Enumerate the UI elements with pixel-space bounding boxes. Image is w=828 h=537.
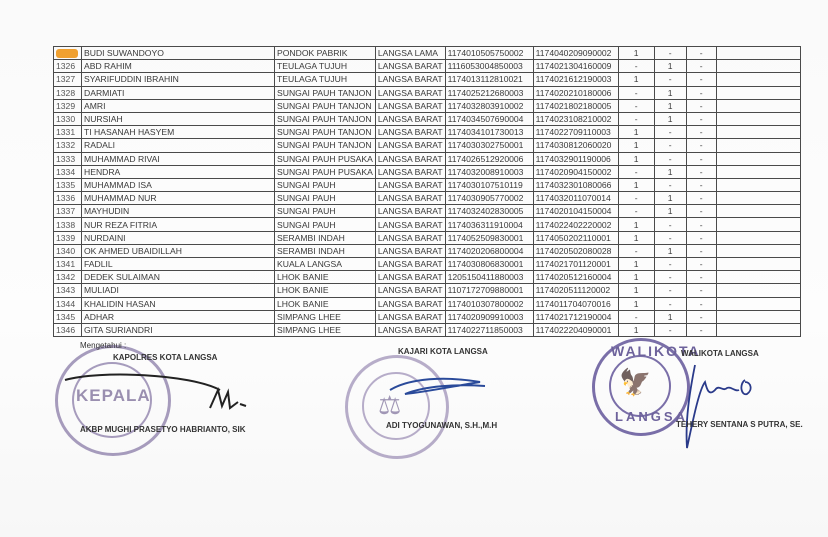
cell-desa: SUNGAI PAUH PUSAKA bbox=[275, 165, 376, 178]
cell-blank bbox=[716, 192, 800, 205]
cell-a: 1 bbox=[618, 284, 654, 297]
table-row: 1340OK AHMED UBAIDILLAHSERAMBI INDAHLANG… bbox=[54, 244, 801, 257]
prosecutor-signature bbox=[385, 372, 495, 402]
cell-desa: PONDOK PABRIK bbox=[275, 47, 376, 60]
cell-desa: SUNGAI PAUH TANJON bbox=[275, 126, 376, 139]
police-title: KAPOLRES KOTA LANGSA bbox=[113, 353, 217, 362]
cell-blank bbox=[716, 86, 800, 99]
garuda-emblem-icon: 🦅 bbox=[619, 367, 651, 398]
cell-id1: 1174032402830005 bbox=[445, 205, 533, 218]
cell-no: 1335 bbox=[54, 178, 82, 191]
cell-no: 1346 bbox=[54, 323, 82, 336]
cell-desa: TEULAGA TUJUH bbox=[275, 60, 376, 73]
cell-a: 1 bbox=[618, 218, 654, 231]
cell-desa: SUNGAI PAUH bbox=[275, 218, 376, 231]
cell-c: - bbox=[686, 284, 716, 297]
cell-id2: 1174021712190004 bbox=[533, 310, 618, 323]
cell-id2: 1174021612190003 bbox=[533, 73, 618, 86]
cell-name: GITA SURIANDRI bbox=[82, 323, 275, 336]
cell-no: 1334 bbox=[54, 165, 82, 178]
cell-c: - bbox=[686, 297, 716, 310]
cell-no: 1331 bbox=[54, 126, 82, 139]
table-row: 1342DEDEK SULAIMANLHOK BANIELANGSA BARAT… bbox=[54, 271, 801, 284]
cell-b: 1 bbox=[654, 86, 686, 99]
table-row: 1346GITA SURIANDRISIMPANG LHEELANGSA BAR… bbox=[54, 323, 801, 336]
document-page: BUDI SUWANDOYOPONDOK PABRIKLANGSA LAMA11… bbox=[0, 0, 828, 537]
cell-kecamatan: LANGSA BARAT bbox=[375, 178, 445, 191]
cell-id1: 1174030302750001 bbox=[445, 139, 533, 152]
cell-id2: 1174020512160004 bbox=[533, 271, 618, 284]
cell-name: SYARIFUDDIN IBRAHIN bbox=[82, 73, 275, 86]
cell-name: HENDRA bbox=[82, 165, 275, 178]
cell-kecamatan: LANGSA BARAT bbox=[375, 152, 445, 165]
cell-id1: 1174030905770002 bbox=[445, 192, 533, 205]
table-row: 1334HENDRASUNGAI PAUH PUSAKALANGSA BARAT… bbox=[54, 165, 801, 178]
cell-no: 1337 bbox=[54, 205, 82, 218]
table-row: 1336MUHAMMAD NURSUNGAI PAUHLANGSA BARAT1… bbox=[54, 192, 801, 205]
cell-no: 1338 bbox=[54, 218, 82, 231]
cell-id1: 1174026512920006 bbox=[445, 152, 533, 165]
cell-blank bbox=[716, 139, 800, 152]
recipient-table: BUDI SUWANDOYOPONDOK PABRIKLANGSA LAMA11… bbox=[53, 46, 801, 337]
cell-id2: 1174032301080066 bbox=[533, 178, 618, 191]
cell-blank bbox=[716, 244, 800, 257]
cell-name: KHALIDIN HASAN bbox=[82, 297, 275, 310]
cell-b: - bbox=[654, 284, 686, 297]
cell-name: ADHAR bbox=[82, 310, 275, 323]
cell-c: - bbox=[686, 73, 716, 86]
table-row: 1329AMRISUNGAI PAUH TANJONLANGSA BARAT11… bbox=[54, 99, 801, 112]
cell-id2: 1174020104150004 bbox=[533, 205, 618, 218]
cell-kecamatan: LANGSA BARAT bbox=[375, 297, 445, 310]
cell-no: 1341 bbox=[54, 258, 82, 271]
cell-c: - bbox=[686, 139, 716, 152]
cell-name: DARMIATI bbox=[82, 86, 275, 99]
mengetahui-label: Mengetahui : bbox=[80, 341, 126, 350]
cell-b: 1 bbox=[654, 60, 686, 73]
highlight-marker bbox=[56, 49, 78, 58]
prosecutor-title: KAJARI KOTA LANGSA bbox=[398, 347, 488, 356]
cell-id2: 1174023108210002 bbox=[533, 112, 618, 125]
table-row: 1332RADALISUNGAI PAUH TANJONLANGSA BARAT… bbox=[54, 139, 801, 152]
cell-id1: 1174030107510119 bbox=[445, 178, 533, 191]
cell-kecamatan: LANGSA BARAT bbox=[375, 126, 445, 139]
cell-c: - bbox=[686, 218, 716, 231]
table-row: 1345ADHARSIMPANG LHEELANGSA BARAT1174020… bbox=[54, 310, 801, 323]
cell-id1: 1174020206800004 bbox=[445, 244, 533, 257]
cell-b: - bbox=[654, 218, 686, 231]
cell-kecamatan: LANGSA BARAT bbox=[375, 244, 445, 257]
cell-a: 1 bbox=[618, 139, 654, 152]
cell-id2: 1174020904150002 bbox=[533, 165, 618, 178]
cell-desa: KUALA LANGSA bbox=[275, 258, 376, 271]
table-row: 1327SYARIFUDDIN IBRAHINTEULAGA TUJUHLANG… bbox=[54, 73, 801, 86]
cell-a: 1 bbox=[618, 178, 654, 191]
cell-b: - bbox=[654, 231, 686, 244]
cell-c: - bbox=[686, 244, 716, 257]
cell-a: 1 bbox=[618, 47, 654, 60]
cell-a: - bbox=[618, 60, 654, 73]
cell-blank bbox=[716, 178, 800, 191]
cell-c: - bbox=[686, 178, 716, 191]
cell-a: 1 bbox=[618, 126, 654, 139]
cell-c: - bbox=[686, 271, 716, 284]
cell-b: - bbox=[654, 152, 686, 165]
cell-kecamatan: LANGSA BARAT bbox=[375, 192, 445, 205]
cell-name: DEDEK SULAIMAN bbox=[82, 271, 275, 284]
cell-a: - bbox=[618, 112, 654, 125]
table-row: 1343MULIADILHOK BANIELANGSA BARAT1107172… bbox=[54, 284, 801, 297]
cell-name: NURDAINI bbox=[82, 231, 275, 244]
cell-blank bbox=[716, 99, 800, 112]
cell-name: ABD RAHIM bbox=[82, 60, 275, 73]
cell-id2: 1174022402220002 bbox=[533, 218, 618, 231]
cell-id1: 1174022711850003 bbox=[445, 323, 533, 336]
cell-blank bbox=[716, 112, 800, 125]
cell-name: MAYHUDIN bbox=[82, 205, 275, 218]
cell-id1: 1174052509830001 bbox=[445, 231, 533, 244]
cell-name: NUR REZA FITRIA bbox=[82, 218, 275, 231]
cell-desa: SUNGAI PAUH TANJON bbox=[275, 86, 376, 99]
cell-c: - bbox=[686, 99, 716, 112]
cell-a: - bbox=[618, 244, 654, 257]
cell-kecamatan: LANGSA LAMA bbox=[375, 47, 445, 60]
cell-id2: 1174032901190006 bbox=[533, 152, 618, 165]
cell-no: 1343 bbox=[54, 284, 82, 297]
cell-no: 1342 bbox=[54, 271, 82, 284]
cell-b: - bbox=[654, 139, 686, 152]
cell-id2: 1174021701120001 bbox=[533, 258, 618, 271]
cell-blank bbox=[716, 152, 800, 165]
cell-kecamatan: LANGSA BARAT bbox=[375, 139, 445, 152]
cell-id2: 1174022204090001 bbox=[533, 323, 618, 336]
cell-a: 1 bbox=[618, 323, 654, 336]
prosecutor-name: ADI TYOGUNAWAN, S.H.,M.H bbox=[386, 421, 497, 430]
cell-name: MULIADI bbox=[82, 284, 275, 297]
cell-id2: 1174040209090002 bbox=[533, 47, 618, 60]
cell-b: 1 bbox=[654, 99, 686, 112]
table-row: 1337MAYHUDINSUNGAI PAUHLANGSA BARAT11740… bbox=[54, 205, 801, 218]
cell-blank bbox=[716, 47, 800, 60]
cell-blank bbox=[716, 205, 800, 218]
cell-id1: 1174034507690004 bbox=[445, 112, 533, 125]
cell-a: 1 bbox=[618, 258, 654, 271]
cell-no: 1329 bbox=[54, 99, 82, 112]
cell-kecamatan: LANGSA BARAT bbox=[375, 73, 445, 86]
cell-c: - bbox=[686, 60, 716, 73]
police-signature bbox=[60, 368, 250, 418]
cell-kecamatan: LANGSA BARAT bbox=[375, 99, 445, 112]
cell-desa: SUNGAI PAUH PUSAKA bbox=[275, 152, 376, 165]
cell-no: 1336 bbox=[54, 192, 82, 205]
cell-name: FADLIL bbox=[82, 258, 275, 271]
cell-a: - bbox=[618, 310, 654, 323]
cell-blank bbox=[716, 310, 800, 323]
cell-name: AMRI bbox=[82, 99, 275, 112]
cell-id2: 1174022709110003 bbox=[533, 126, 618, 139]
table-row: 1344KHALIDIN HASANLHOK BANIELANGSA BARAT… bbox=[54, 297, 801, 310]
table-row: 1331TI HASANAH HASYEMSUNGAI PAUH TANJONL… bbox=[54, 126, 801, 139]
cell-b: - bbox=[654, 297, 686, 310]
cell-no: 1339 bbox=[54, 231, 82, 244]
cell-b: 1 bbox=[654, 244, 686, 257]
cell-blank bbox=[716, 297, 800, 310]
cell-blank bbox=[716, 126, 800, 139]
cell-a: 1 bbox=[618, 271, 654, 284]
table-row: 1335MUHAMMAD ISASUNGAI PAUHLANGSA BARAT1… bbox=[54, 178, 801, 191]
cell-c: - bbox=[686, 231, 716, 244]
cell-blank bbox=[716, 271, 800, 284]
cell-c: - bbox=[686, 205, 716, 218]
cell-a: - bbox=[618, 192, 654, 205]
cell-blank bbox=[716, 60, 800, 73]
cell-id2: 1174020210180006 bbox=[533, 86, 618, 99]
cell-b: - bbox=[654, 258, 686, 271]
cell-desa: SIMPANG LHEE bbox=[275, 323, 376, 336]
cell-name: MUHAMMAD NUR bbox=[82, 192, 275, 205]
cell-no: 1344 bbox=[54, 297, 82, 310]
cell-no: 1327 bbox=[54, 73, 82, 86]
cell-c: - bbox=[686, 323, 716, 336]
cell-blank bbox=[716, 323, 800, 336]
cell-no: 1333 bbox=[54, 152, 82, 165]
cell-b: - bbox=[654, 323, 686, 336]
cell-desa: SUNGAI PAUH TANJON bbox=[275, 139, 376, 152]
cell-id2: 1174020502080028 bbox=[533, 244, 618, 257]
cell-id1: 1174032803910002 bbox=[445, 99, 533, 112]
cell-b: 1 bbox=[654, 112, 686, 125]
cell-id2: 1174011704070016 bbox=[533, 297, 618, 310]
cell-c: - bbox=[686, 152, 716, 165]
cell-b: - bbox=[654, 271, 686, 284]
cell-blank bbox=[716, 73, 800, 86]
cell-kecamatan: LANGSA BARAT bbox=[375, 231, 445, 244]
cell-name: MUHAMMAD RIVAI bbox=[82, 152, 275, 165]
cell-id1: 1174010307800002 bbox=[445, 297, 533, 310]
cell-name: NURSIAH bbox=[82, 112, 275, 125]
cell-no: 1328 bbox=[54, 86, 82, 99]
cell-kecamatan: LANGSA BARAT bbox=[375, 60, 445, 73]
cell-c: - bbox=[686, 165, 716, 178]
cell-c: - bbox=[686, 86, 716, 99]
cell-desa: SERAMBI INDAH bbox=[275, 244, 376, 257]
cell-name: BUDI SUWANDOYO bbox=[82, 47, 275, 60]
cell-a: - bbox=[618, 205, 654, 218]
cell-desa: LHOK BANIE bbox=[275, 284, 376, 297]
cell-id1: 1174020909910003 bbox=[445, 310, 533, 323]
cell-kecamatan: LANGSA BARAT bbox=[375, 165, 445, 178]
cell-b: - bbox=[654, 126, 686, 139]
cell-c: - bbox=[686, 310, 716, 323]
cell-b: 1 bbox=[654, 205, 686, 218]
cell-a: 1 bbox=[618, 73, 654, 86]
cell-b: 1 bbox=[654, 192, 686, 205]
cell-id1: 1174036311910004 bbox=[445, 218, 533, 231]
cell-no: 1340 bbox=[54, 244, 82, 257]
cell-id2: 1174021802180005 bbox=[533, 99, 618, 112]
cell-a: - bbox=[618, 86, 654, 99]
cell-no: 1326 bbox=[54, 60, 82, 73]
cell-b: - bbox=[654, 73, 686, 86]
cell-id2: 1174050202110001 bbox=[533, 231, 618, 244]
cell-desa: SUNGAI PAUH bbox=[275, 178, 376, 191]
cell-no: 1330 bbox=[54, 112, 82, 125]
cell-b: - bbox=[654, 47, 686, 60]
table-row: BUDI SUWANDOYOPONDOK PABRIKLANGSA LAMA11… bbox=[54, 47, 801, 60]
cell-kecamatan: LANGSA BARAT bbox=[375, 284, 445, 297]
cell-no: 1332 bbox=[54, 139, 82, 152]
mayor-signature bbox=[665, 360, 765, 455]
cell-b: - bbox=[654, 178, 686, 191]
cell-id1: 1174030806830001 bbox=[445, 258, 533, 271]
table-row: 1326ABD RAHIMTEULAGA TUJUHLANGSA BARAT11… bbox=[54, 60, 801, 73]
cell-no: 1345 bbox=[54, 310, 82, 323]
mayor-name: TEHERY SENTANA S PUTRA, SE. bbox=[676, 420, 803, 429]
cell-id2: 1174021304160009 bbox=[533, 60, 618, 73]
cell-id1: 1174032008910003 bbox=[445, 165, 533, 178]
cell-blank bbox=[716, 258, 800, 271]
table-row: 1341FADLILKUALA LANGSALANGSA BARAT117403… bbox=[54, 258, 801, 271]
cell-a: 1 bbox=[618, 152, 654, 165]
cell-kecamatan: LANGSA BARAT bbox=[375, 112, 445, 125]
cell-blank bbox=[716, 231, 800, 244]
cell-id1: 1116053004850003 bbox=[445, 60, 533, 73]
cell-desa: SUNGAI PAUH bbox=[275, 192, 376, 205]
table-row: 1330NURSIAHSUNGAI PAUH TANJONLANGSA BARA… bbox=[54, 112, 801, 125]
cell-b: 1 bbox=[654, 310, 686, 323]
cell-name: RADALI bbox=[82, 139, 275, 152]
cell-id1: 1174013112810021 bbox=[445, 73, 533, 86]
cell-blank bbox=[716, 284, 800, 297]
cell-kecamatan: LANGSA BARAT bbox=[375, 258, 445, 271]
cell-a: 1 bbox=[618, 297, 654, 310]
cell-id1: 1174034101730013 bbox=[445, 126, 533, 139]
cell-kecamatan: LANGSA BARAT bbox=[375, 271, 445, 284]
cell-desa: TEULAGA TUJUH bbox=[275, 73, 376, 86]
cell-kecamatan: LANGSA BARAT bbox=[375, 323, 445, 336]
cell-id1: 1174025212680003 bbox=[445, 86, 533, 99]
cell-a: - bbox=[618, 99, 654, 112]
cell-desa: LHOK BANIE bbox=[275, 297, 376, 310]
cell-c: - bbox=[686, 192, 716, 205]
cell-kecamatan: LANGSA BARAT bbox=[375, 86, 445, 99]
table-row: 1339NURDAINISERAMBI INDAHLANGSA BARAT117… bbox=[54, 231, 801, 244]
prosecutor-stamp: ⚖ bbox=[345, 355, 449, 459]
cell-desa: SUNGAI PAUH TANJON bbox=[275, 112, 376, 125]
cell-b: 1 bbox=[654, 165, 686, 178]
cell-c: - bbox=[686, 126, 716, 139]
table-row: 1333MUHAMMAD RIVAISUNGAI PAUH PUSAKALANG… bbox=[54, 152, 801, 165]
table-row: 1338NUR REZA FITRIASUNGAI PAUHLANGSA BAR… bbox=[54, 218, 801, 231]
cell-desa: SERAMBI INDAH bbox=[275, 231, 376, 244]
cell-name: OK AHMED UBAIDILLAH bbox=[82, 244, 275, 257]
cell-c: - bbox=[686, 47, 716, 60]
cell-name: MUHAMMAD ISA bbox=[82, 178, 275, 191]
cell-id1: 1107172709880001 bbox=[445, 284, 533, 297]
cell-id1: 1205150411880003 bbox=[445, 271, 533, 284]
mayor-title: WALIKOTA LANGSA bbox=[681, 349, 759, 358]
cell-a: 1 bbox=[618, 231, 654, 244]
police-name: AKBP MUGHI PRASETYO HABRIANTO, SIK bbox=[80, 425, 246, 434]
cell-a: - bbox=[618, 165, 654, 178]
cell-no bbox=[54, 47, 82, 60]
cell-name: TI HASANAH HASYEM bbox=[82, 126, 275, 139]
cell-desa: LHOK BANIE bbox=[275, 271, 376, 284]
cell-desa: SIMPANG LHEE bbox=[275, 310, 376, 323]
cell-kecamatan: LANGSA BARAT bbox=[375, 205, 445, 218]
cell-desa: SUNGAI PAUH TANJON bbox=[275, 99, 376, 112]
table-row: 1328DARMIATISUNGAI PAUH TANJONLANGSA BAR… bbox=[54, 86, 801, 99]
cell-id1: 1174010505750002 bbox=[445, 47, 533, 60]
cell-c: - bbox=[686, 258, 716, 271]
cell-id2: 1174032011070014 bbox=[533, 192, 618, 205]
cell-kecamatan: LANGSA BARAT bbox=[375, 310, 445, 323]
cell-id2: 1174030812060020 bbox=[533, 139, 618, 152]
cell-id2: 1174020511120002 bbox=[533, 284, 618, 297]
cell-blank bbox=[716, 218, 800, 231]
cell-c: - bbox=[686, 112, 716, 125]
cell-blank bbox=[716, 165, 800, 178]
cell-desa: SUNGAI PAUH bbox=[275, 205, 376, 218]
cell-kecamatan: LANGSA BARAT bbox=[375, 218, 445, 231]
